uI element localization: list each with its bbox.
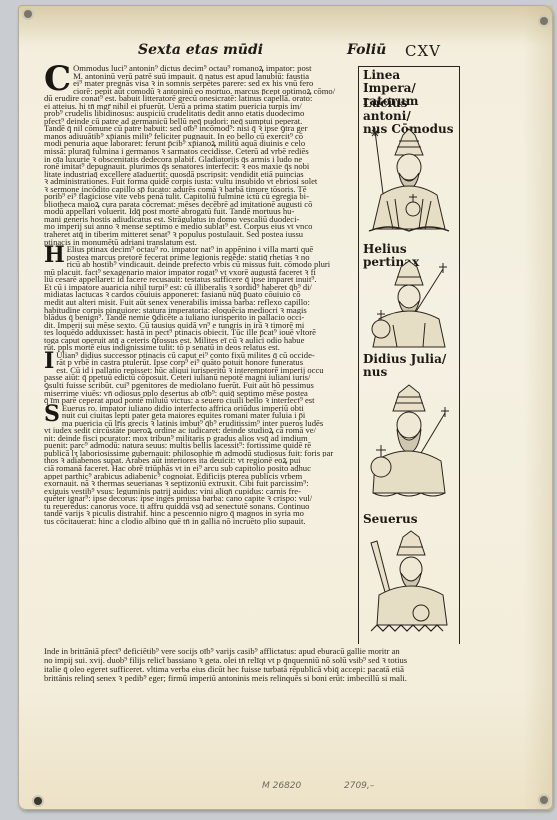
- woodcut-portrait-commodus: [365, 125, 453, 239]
- woodcut-portrait-julianus: [365, 383, 453, 501]
- text-line: publicā lʒ laboriosissime gubernauit: ph…: [44, 450, 357, 458]
- pin-hole-top-right: [540, 17, 548, 25]
- text-line: exornauit. nā ꝛ thermas seuerianas ꝛ sep…: [44, 480, 357, 488]
- woodcut-portrait-pertinax: [365, 259, 453, 353]
- paragraph-severus: S Euerus ro. impator iuliano didio inter…: [44, 405, 357, 526]
- pencil-inventory-number: M 26820: [262, 781, 301, 791]
- text-line: Ommodus luci⁹ antonin⁹ dictus decim⁹ oct…: [73, 65, 357, 73]
- emperor-name-julianus: Didius Julia/ nus: [363, 353, 446, 379]
- text-line: rūt. ppls mortē eius indignissime tulit:…: [44, 344, 357, 352]
- folio-label: Foliū: [347, 42, 386, 58]
- text-line: Et cū i impatore auaricia nihil turpi⁹ e…: [44, 284, 357, 292]
- text-line: modū appellari voluerit. Idq̄ post mortē…: [44, 208, 357, 216]
- text-line: porib⁹ ei⁹ flagiciose vite vebs penā tul…: [44, 193, 357, 201]
- text-line: q̄ īm parē ceperat apud pontē miluiū vic…: [44, 397, 357, 405]
- text-line: ꝛ sermone incōdito capillo sp̄ fucato: a…: [44, 186, 357, 194]
- text-line: liū cesarē appellaret: id facere recusau…: [44, 276, 357, 284]
- pencil-price-note: 2709,–: [344, 781, 374, 791]
- text-line: Euerus ro. impator iuliano didio interfe…: [62, 405, 357, 413]
- text-line: Elius ptinax decim⁹ octau⁹ ro. impator n…: [67, 246, 357, 254]
- text-line: miserrime viuēs: vn̄ odiosus pplo desert…: [44, 390, 357, 398]
- text-line: ricū ab hostib⁹ vindicauit. deinde prefe…: [67, 261, 357, 269]
- text-line: est. Cū id i pallatio repisset: hūc aliq…: [56, 367, 357, 375]
- text-line: blādus q̄ benign⁹. Tandē nemie ꝯdicēte a…: [44, 314, 357, 322]
- running-head-title: Sexta etas mūdi: [138, 42, 263, 58]
- text-line: exiguis vestib⁹ vsus: leguminis patrij a…: [44, 488, 357, 496]
- text-line: tes loquēdo adduxisset: hastā in pect⁹ p…: [44, 329, 357, 337]
- text-line: habitudine corpis pinguiore: statura imp…: [44, 307, 357, 315]
- initial-letter-s: S: [44, 405, 60, 423]
- text-line: ꝛ administrationes. Fuit forma quidē cor…: [44, 178, 357, 186]
- text-line: prob⁹ crudelis libidinosus: auspiciū cru…: [44, 110, 357, 118]
- text-line: thos ꝛ adiabenos supat. Arabes aūt inter…: [44, 457, 357, 465]
- initial-letter-c: C: [44, 65, 71, 93]
- emperor-crowned-icon: [365, 383, 453, 501]
- text-line: ꝯsulti fuisse scribūt. cui⁹ pgenitores d…: [44, 382, 357, 390]
- text-line: vt iudex sedit circūstāte pueroꝝ ordine …: [44, 427, 357, 435]
- text-line: ronē imitat⁹ depugnauit. plurimos q̄s se…: [44, 163, 357, 171]
- text-line: mū placuit. fact⁹ sexagenario maior impa…: [44, 269, 357, 277]
- text-line: puenit: parc⁹ admodū: natura seuus: mult…: [44, 442, 357, 450]
- text-line: pfect⁹ deinde cū patre ad germanicū bell…: [44, 118, 357, 126]
- text-line: rāt p vrbē in castra ptulerūt. Ipse corp…: [56, 359, 357, 367]
- pin-hole-bottom-right: [540, 796, 548, 804]
- paragraph-pertinax: H Elius ptinax decim⁹ octau⁹ ro. impator…: [44, 246, 357, 352]
- emperor-crowned-icon: [365, 125, 453, 239]
- emperor-with-sword-icon: [365, 529, 453, 641]
- text-line: ciā romanā faceret. Hac obrē triūphās vt…: [44, 465, 357, 473]
- text-line: ptinacis in monumētū adriani translatum …: [44, 239, 357, 247]
- text-line: Tandē q̄ nil cōmune cū patre babuit: sed…: [44, 125, 357, 133]
- main-text-column: C Ommodus luci⁹ antonin⁹ dictus decim⁹ o…: [44, 65, 357, 525]
- text-line: appet parthic⁹ arabicus adiabenic⁹ cogno…: [44, 473, 357, 481]
- text-line: quēter ignar⁹: ipse decorus: ipse ingēs …: [44, 495, 357, 503]
- full-width-closing-text: Inde in brittāniā pfect⁹ deficiētib⁹ ver…: [44, 647, 464, 683]
- text-line: manos adiuuātib⁹ xp̄ianis milit⁹ felicit…: [44, 133, 357, 141]
- text-line: Ulian⁹ didius successor ptinacis cū capu…: [56, 352, 357, 360]
- paragraph-julianus: I Ulian⁹ didius successor ptinacis cū ca…: [44, 352, 357, 405]
- text-line: traheret atq̄ in tiberim mitteret senat⁹…: [44, 231, 357, 239]
- text-line: litate industriaq̄ excellere aīaduertit:…: [44, 171, 357, 179]
- text-line: midiatas lactucas ꝛ cardos cōuiuis appon…: [44, 291, 357, 299]
- emperor-name-severus: Seuerus: [363, 513, 417, 526]
- text-line: nuit cui ciuitas lepti pater geta maiore…: [62, 412, 357, 420]
- text-line: M. antoninū verū patrē suū impauit. q̄ n…: [73, 73, 357, 81]
- text-line: postea marcus pretorē fecerat prime legi…: [67, 254, 357, 262]
- imperial-lineage-sidebar: Linea Impera/ ratorum Lucius antoni/ nus…: [358, 67, 460, 644]
- text-line: italie q̄ oleo egeret sufficeret. vltima…: [44, 665, 464, 674]
- text-line: medit aut alteri misit. Fuit aūt senex v…: [44, 299, 357, 307]
- pin-hole-top-left: [24, 10, 32, 18]
- emperor-crowned-icon: [365, 259, 453, 353]
- text-line: passe aiūt: q̄ ppetuū edictū cōposuit. C…: [44, 374, 357, 382]
- text-line: dū erudire conat⁹ est. babuit litterator…: [44, 95, 357, 103]
- text-line: modi penuria aque laboraret: ferunt p̄ci…: [44, 140, 357, 148]
- text-line: mo imperij sui anno ꝛ mense septimo e me…: [44, 223, 357, 231]
- initial-letter-h: H: [44, 246, 65, 264]
- text-line: bliotheca maioꝝ cura parata cōcremat: mē…: [44, 201, 357, 209]
- text-line: mani generis hostis adiudicatus est. Str…: [44, 216, 357, 224]
- text-line: Inde in brittāniā pfect⁹ deficiētib⁹ ver…: [44, 647, 464, 656]
- text-line: brittānis relinq̄ senex ꝛ pedib⁹ eger; f…: [44, 674, 464, 683]
- text-line: in oīa luxurie ꝛ obscenitatis dedecora p…: [44, 156, 357, 164]
- initial-letter-i: I: [44, 352, 54, 370]
- text-line: dit. Imperij sui mēse sexto. Cū tausius …: [44, 322, 357, 330]
- text-line: ma puericia cū lr̄is grecis ꝛ latinis im…: [62, 420, 357, 428]
- paragraph-commodus: C Ommodus luci⁹ antonin⁹ dictus decim⁹ o…: [44, 65, 357, 246]
- text-line: nit: deinde fisci pcurator: mox tribun⁹ …: [44, 435, 357, 443]
- text-line: tandē varijs ꝛ piculis distrahif. hinc a…: [44, 510, 357, 518]
- text-line: tus cōcitauerat: hinc a clodio albino qu…: [44, 518, 357, 526]
- age-stain-right: [523, 5, 553, 810]
- text-line: missā: pluraq̄ fulmina i germanos ꝛ sarm…: [44, 148, 357, 156]
- text-line: toga caput operuit atq̄ a ceteris ꝯfossu…: [44, 337, 357, 345]
- woodcut-portrait-severus: [365, 529, 453, 641]
- text-line: tu reuerēdus: canorus voce. ti affru qui…: [44, 503, 357, 511]
- text-line: no impij sui. xvij. duob⁹ filijs relict̄…: [44, 656, 464, 665]
- text-line: ei⁹ mater pregnās visa ꝛ in somnis serpē…: [73, 80, 357, 88]
- text-line: ei atteius. hi tn̄ mgr̄ nihil ei pfuerūt…: [44, 103, 357, 111]
- folio-number: CXV: [405, 42, 441, 60]
- pin-hole-bottom-left: [34, 797, 42, 805]
- text-line: ciorē: pepit aūt comodū ꝛ antoninū eo mo…: [73, 88, 357, 96]
- age-stain-top: [18, 5, 553, 45]
